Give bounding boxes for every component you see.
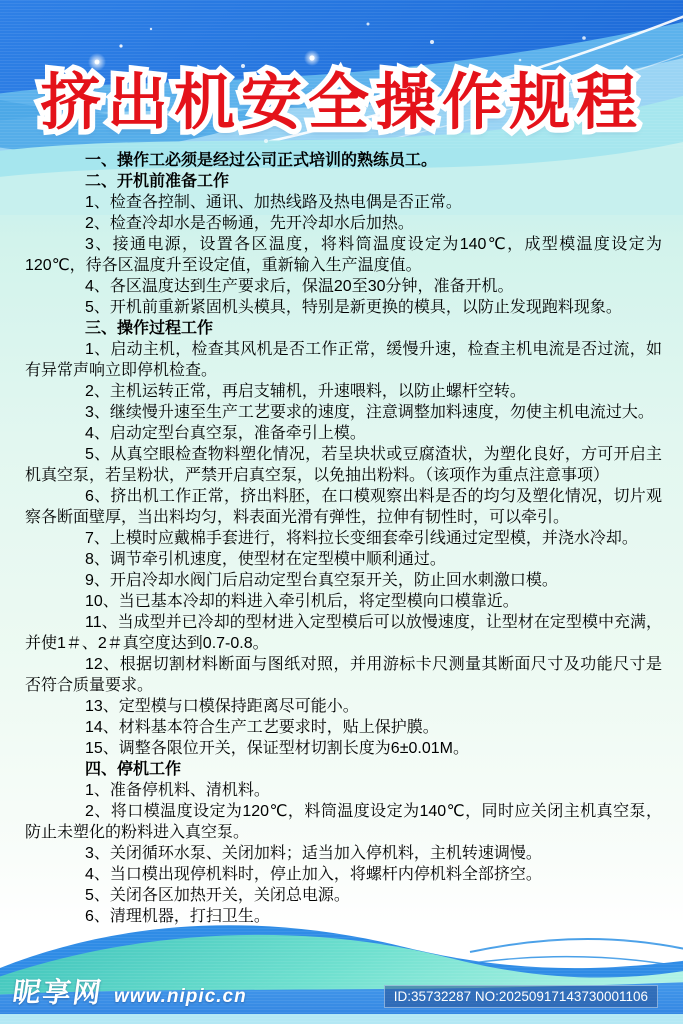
procedure-line: 4、启动定型台真空泵，准备牵引上模。 — [25, 423, 662, 444]
procedure-line: 三、操作过程工作 — [25, 318, 662, 339]
procedure-line: 1、准备停机料、清机料。 — [25, 780, 662, 801]
procedure-line: 14、材料基本符合生产工艺要求时，贴上保护膜。 — [25, 717, 662, 738]
procedure-line: 11、当成型并已冷却的型材进入定型模后可以放慢速度，让型材在定型模中充满，并使1… — [25, 612, 662, 654]
procedure-line: 3、继续慢升速至生产工艺要求的速度，注意调整加料速度，勿使主机电流过大。 — [25, 402, 662, 423]
procedure-line: 6、挤出机工作正常，挤出料胚，在口模观察出料是否的均匀及塑化情况，切片观察各断面… — [25, 486, 662, 528]
procedure-line: 15、调整各限位开关，保证型材切割长度为6±0.01M。 — [25, 738, 662, 759]
site-logo-text: 昵享网 — [10, 971, 106, 1011]
procedure-line: 5、开机前重新紧固机头模具，特别是新更换的模具，以防止发现跑料现象。 — [25, 297, 662, 318]
watermark-site: 昵享网 www.nipic.cn — [13, 971, 247, 1011]
procedure-line: 二、开机前准备工作 — [25, 171, 662, 192]
procedure-line: 12、根据切割材料断面与图纸对照，并用游标卡尺测量其断面尺寸及功能尺寸是否符合质… — [25, 654, 662, 696]
procedure-line: 3、关闭循环水泵、关闭加料；适当加入停机料，主机转速调慢。 — [25, 843, 662, 864]
watermark-id-badge: ID:35732287 NO:20250917143730001106 — [384, 985, 658, 1008]
procedure-line: 10、当已基本冷却的料进入牵引机后，将定型模向口模靠近。 — [25, 591, 662, 612]
procedure-line: 9、开启冷却水阀门后启动定型台真空泵开关，防止回水刺激口模。 — [25, 570, 662, 591]
poster-title-text: 挤出机安全操作规程 — [0, 62, 683, 142]
procedure-line: 5、关闭各区加热开关，关闭总电源。 — [25, 885, 662, 906]
poster-title: 挤出机安全操作规程 挤出机安全操作规程 — [0, 62, 683, 148]
procedure-line: 8、调节牵引机速度，使型材在定型模中顺利通过。 — [25, 549, 662, 570]
procedure-line: 1、检查各控制、通讯、加热线路及热电偶是否正常。 — [25, 192, 662, 213]
site-url-text: www.nipic.cn — [114, 986, 247, 1008]
procedure-line: 1、启动主机，检查其风机是否工作正常，缓慢升速，检查主机电流是否过流，如有异常声… — [25, 339, 662, 381]
procedure-line: 4、各区温度达到生产要求后，保温20至30分钟，准备开机。 — [25, 276, 662, 297]
procedure-line: 5、从真空眼检查物料塑化情况，若呈块状或豆腐渣状，为塑化良好，方可开启主机真空泵… — [25, 444, 662, 486]
procedure-line: 2、将口模温度设定为120℃，料筒温度设定为140℃，同时应关闭主机真空泵，防止… — [25, 801, 662, 843]
procedure-line: 7、上模时应戴棉手套进行，将料拉长变细套牵引线通过定型模，并浇水冷却。 — [25, 528, 662, 549]
procedure-line: 6、清理机器，打扫卫生。 — [25, 906, 662, 927]
procedure-line: 13、定型模与口模保持距离尽可能小。 — [25, 696, 662, 717]
procedure-line: 4、当口模出现停机料时，停止加入，将螺杆内停机料全部挤空。 — [25, 864, 662, 885]
procedure-text: 一、操作工必须是经过公司正式培训的熟练员工。 二、开机前准备工作 1、检查各控制… — [25, 150, 662, 927]
procedure-line: 四、停机工作 — [25, 759, 662, 780]
safety-procedure-poster: 挤出机安全操作规程 挤出机安全操作规程 一、操作工必须是经过公司正式培训的熟练员… — [0, 0, 683, 1024]
procedure-line: 2、检查冷却水是否畅通，先开冷却水后加热。 — [25, 213, 662, 234]
procedure-line: 一、操作工必须是经过公司正式培训的熟练员工。 — [25, 150, 662, 171]
procedure-line: 2、主机运转正常，再启支辅机，升速喂料，以防止螺杆空转。 — [25, 381, 662, 402]
procedure-line: 3、接通电源，设置各区温度，将料筒温度设定为140℃，成型模温度设定为120℃，… — [25, 234, 662, 276]
